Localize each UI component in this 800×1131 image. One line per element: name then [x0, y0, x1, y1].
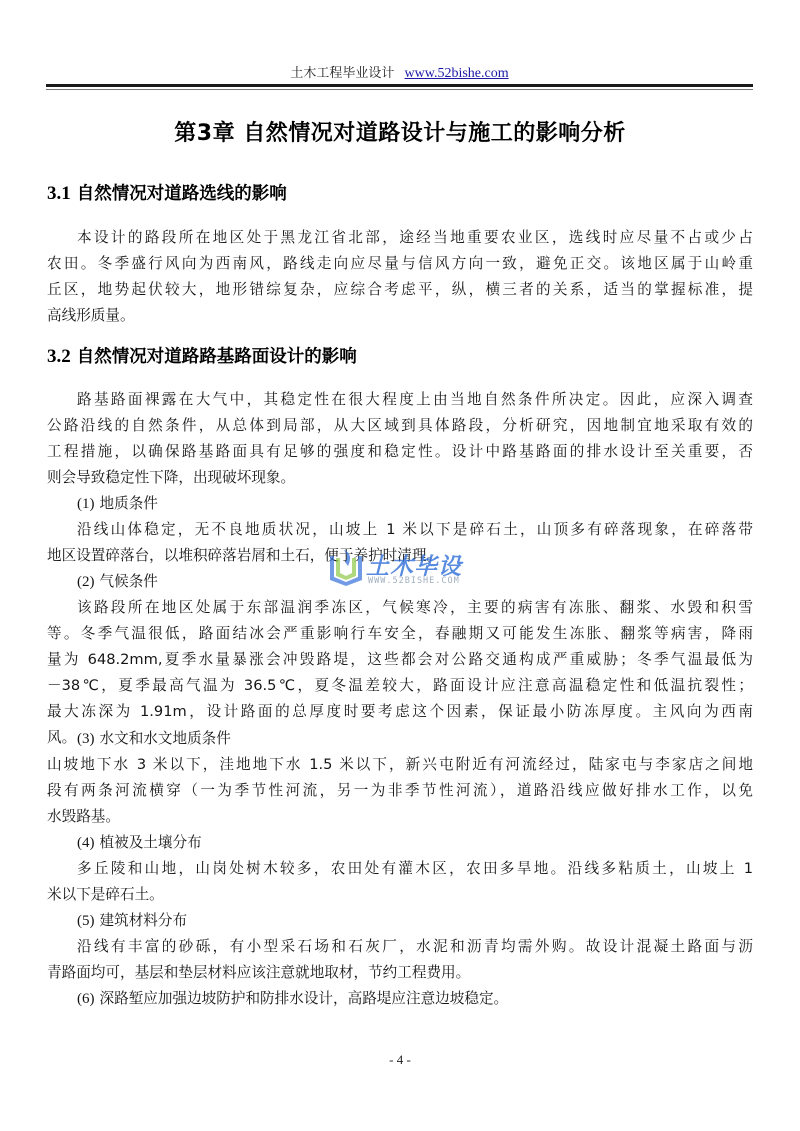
item-number: (5)	[77, 913, 95, 929]
section-heading-3-1: 3.1自然情况对道路选线的影响	[47, 180, 287, 205]
page-number: - 4 -	[0, 1052, 800, 1068]
item-title: 深路堑应加强边坡防护和防排水设计，高路堤应注意边坡稳定。	[100, 990, 509, 1007]
item-title: 水文和水文地质条件	[100, 730, 231, 747]
header-rule-thick	[46, 84, 753, 87]
text-line: 高线形质量。	[47, 303, 753, 329]
item-title: 地质条件	[100, 495, 158, 512]
text-line: 农田。冬季盛行风向为西南风，路线走向应尽量与信风方向一致，避免正交。该地区属于山…	[47, 251, 753, 277]
section-3-2-intro: 路基路面裸露在大气中，其稳定性在很大程度上由当地自然条件所决定。因此，应深入调查…	[47, 387, 753, 491]
text-line: 则会导致稳定性下降，出现破坏现象。	[47, 465, 753, 491]
text-line: 米以下是碎石土。	[47, 882, 753, 908]
text-line: －38℃，夏季最高气温为 36.5℃，夏冬温差较大，路面设计应注意高温稳定性和低…	[47, 673, 753, 699]
item-title: 建筑材料分布	[100, 912, 188, 929]
watermark-url: WWW.52BISHE.COM	[368, 576, 460, 586]
section-title: 自然情况对道路选线的影响	[77, 184, 287, 204]
text-line: 本设计的路段所在地区处于黑龙江省北部，途经当地重要农业区，选线时应尽量不占或少占	[47, 225, 753, 251]
text-line: 工程措施，以确保路基路面具有足够的强度和稳定性。设计中路基路面的排水设计至关重要…	[47, 439, 753, 465]
text-line: 地区设置碎落台，以堆积碎落岩屑和土石，便于养护时清理。	[47, 543, 753, 569]
text-line: 等。冬季气温很低，路面结冰会严重影响行车安全，春融期又可能发生冻胀、翻浆等病害，…	[47, 621, 753, 647]
text-line: 量为 648.2mm,夏季水量暴涨会冲毁路堤，这些都会对公路交通构成严重威胁；冬…	[47, 647, 753, 673]
item-number: (3)	[77, 731, 95, 747]
item-body-vegetation: 多丘陵和山地，山岗处树木较多，农田处有灌木区，农田多旱地。沿线多粘质土，山坡上 …	[47, 856, 753, 908]
item-heading-vegetation: (4)植被及土壤分布	[77, 830, 202, 856]
section-number: 3.1	[47, 183, 71, 204]
section-3-1-paragraph: 本设计的路段所在地区处于黑龙江省北部，途经当地重要农业区，选线时应尽量不占或少占…	[47, 225, 753, 329]
header-site-link[interactable]: www.52bishe.com	[405, 66, 509, 81]
text-line: 多丘陵和山地，山岗处树木较多，农田处有灌木区，农田多旱地。沿线多粘质土，山坡上 …	[47, 856, 753, 882]
section-title: 自然情况对道路路基路面设计的影响	[77, 347, 357, 367]
item-heading-materials: (5)建筑材料分布	[77, 908, 187, 934]
header-title: 土木工程毕业设计	[290, 66, 394, 81]
item-title: 气候条件	[100, 573, 158, 590]
item-cut-fill-slopes: (6)深路堑应加强边坡防护和防排水设计，高路堤应注意边坡稳定。	[77, 986, 508, 1012]
text-line: 山坡地下水 3 米以下，洼地地下水 1.5 米以下，新兴屯附近有河流经过，陆家屯…	[47, 752, 753, 778]
text-line: 最大冻深为 1.91m，设计路面的总厚度时要考虑这个因素，保证最小防冻厚度。主风…	[47, 699, 753, 725]
text-line: 沿线有丰富的砂砾，有小型采石场和石灰厂，水泥和沥青均需外购。故设计混凝土路面与沥	[47, 934, 753, 960]
text-line: 青路面均可，基层和垫层材料应该注意就地取材，节约工程费用。	[47, 960, 753, 986]
text-line: 丘区，地势起伏较大，地形错综复杂，应综合考虑平，纵，横三者的关系，适当的掌握标准…	[47, 277, 753, 303]
text-line: 路基路面裸露在大气中，其稳定性在很大程度上由当地自然条件所决定。因此，应深入调查	[47, 387, 753, 413]
section-number: 3.2	[47, 346, 71, 367]
item-number: (2)	[77, 574, 95, 590]
text-line: 段有两条河流横穿（一为季节性河流，另一为非季节性河流），道路沿线应做好排水工作，…	[47, 778, 753, 804]
header-rule-thin	[46, 89, 753, 90]
item-heading-hydrology: (3)水文和水文地质条件	[77, 726, 231, 752]
text-line: 该路段所在地区处属于东部温润季冻区，气候寒冷，主要的病害有冻胀、翻浆、水毁和积雪	[47, 595, 753, 621]
item-number: (6)	[77, 991, 95, 1007]
item-heading-climate: (2)气候条件	[77, 569, 158, 595]
item-body-materials: 沿线有丰富的砂砾，有小型采石场和石灰厂，水泥和沥青均需外购。故设计混凝土路面与沥…	[47, 934, 753, 986]
text-line: 水毁路基。	[47, 804, 753, 830]
item-title: 植被及土壤分布	[100, 834, 202, 851]
item-number: (4)	[77, 835, 95, 851]
item-body-hydrology: 山坡地下水 3 米以下，洼地地下水 1.5 米以下，新兴屯附近有河流经过，陆家屯…	[47, 752, 753, 830]
chapter-title: 第3章 自然情况对道路设计与施工的影响分析	[0, 116, 800, 147]
page-header: 土木工程毕业设计 www.52bishe.com	[46, 62, 753, 82]
text-line: 公路沿线的自然条件，从总体到局部，从大区域到具体路段，分析研究，因地制宜地采取有…	[47, 413, 753, 439]
section-heading-3-2: 3.2自然情况对道路路基路面设计的影响	[47, 343, 357, 368]
text-line: 沿线山体稳定，无不良地质状况，山坡上 1 米以下是碎石土，山顶多有碎落现象，在碎…	[47, 517, 753, 543]
item-heading-geology: (1)地质条件	[77, 491, 158, 517]
item-number: (1)	[77, 496, 95, 512]
item-body-geology: 沿线山体稳定，无不良地质状况，山坡上 1 米以下是碎石土，山顶多有碎落现象，在碎…	[47, 517, 753, 569]
